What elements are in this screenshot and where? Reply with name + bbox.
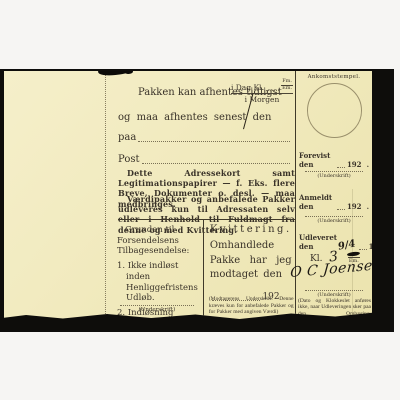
- anmeldt-label: Anmeldt den: [299, 193, 335, 211]
- handwritten-signature: O C Joensen: [289, 257, 382, 281]
- return-reason-heading: Grunden til Forsendelsens Tilbagesendels…: [117, 225, 198, 257]
- handwritten-date: 9/4: [337, 238, 356, 252]
- main-form-column: Pakken kan afhentes tidligst i Dag Kl. F…: [110, 71, 295, 319]
- return-reason-3-number: 3.: [117, 335, 125, 346]
- dotted-line: [266, 85, 279, 91]
- arrival-stamp-label: Ankomststempel.: [296, 74, 372, 80]
- delivery-column: Ankomststempel. Forevist den 192 . (Unde…: [296, 71, 372, 319]
- forevist-row: Forevist den 192 .: [299, 151, 369, 169]
- receipt-fine-print: (Modtagerens Underskrift. Denne kræves k…: [209, 296, 294, 316]
- underskrift-label: (Underskrift): [305, 171, 363, 179]
- lower-columns: Grunden til Forsendelsens Tilbagesendels…: [110, 220, 295, 319]
- em-label: Em.: [281, 86, 293, 92]
- return-reason-section: Grunden til Forsendelsens Tilbagesendels…: [110, 220, 204, 319]
- underskrift-label: (Underskrift): [305, 216, 363, 224]
- dotted-line: [337, 162, 345, 168]
- paa-field: paa: [118, 132, 292, 143]
- receipt-body-text: Omhandlede Pakke har jeg modtaget den: [210, 239, 292, 283]
- dotted-line: [337, 204, 345, 210]
- ink-smudge-over-fm: [347, 251, 360, 257]
- post-field: Post: [118, 154, 292, 165]
- underskrift-label: (Underskrift): [305, 290, 363, 298]
- paa-label: paa: [118, 132, 136, 143]
- underskrift-label: (Underskrift): [120, 305, 194, 314]
- receipt-heading: Kvittering.: [210, 224, 292, 235]
- return-reason-1: 1. Ikke indløst inden Henliggefristens U…: [117, 261, 198, 304]
- scanned-document: Pakken kan afhentes tidligst i Dag Kl. F…: [0, 0, 400, 400]
- receipt-section: Kvittering. Omhandlede Pakke har jeg mod…: [204, 220, 296, 319]
- pickup-latest-text: og maa afhentes senest den: [118, 112, 271, 123]
- perforation-line: [105, 74, 106, 314]
- pickup-today-row: i Dag Kl. Fm. Em.: [231, 79, 293, 94]
- dotted-line: [359, 244, 367, 250]
- post-label: Post: [118, 154, 140, 165]
- dotted-line: [142, 158, 291, 164]
- i-morgen-label: i Morgen: [231, 95, 293, 104]
- fm-em-stack: Fm. Em.: [281, 79, 293, 92]
- pickup-time-box: i Dag Kl. Fm. Em. i Morgen: [231, 79, 293, 104]
- return-reason-3: 3.: [117, 335, 198, 346]
- year-prefix: 192: [347, 202, 362, 211]
- period-mark: .: [367, 160, 369, 169]
- period-mark: .: [367, 202, 369, 211]
- dotted-line: [127, 339, 196, 345]
- forevist-label: Forevist den: [299, 151, 335, 169]
- i-dag-label: i Dag Kl.: [231, 83, 264, 92]
- dotted-line: [138, 136, 290, 142]
- arrival-stamp-circle: [307, 83, 362, 138]
- year-prefix: 192: [347, 160, 362, 169]
- parcel-address-card: Pakken kan afhentes tidligst i Dag Kl. F…: [4, 71, 372, 319]
- anmeldt-row: Anmeldt den 192 .: [299, 193, 369, 211]
